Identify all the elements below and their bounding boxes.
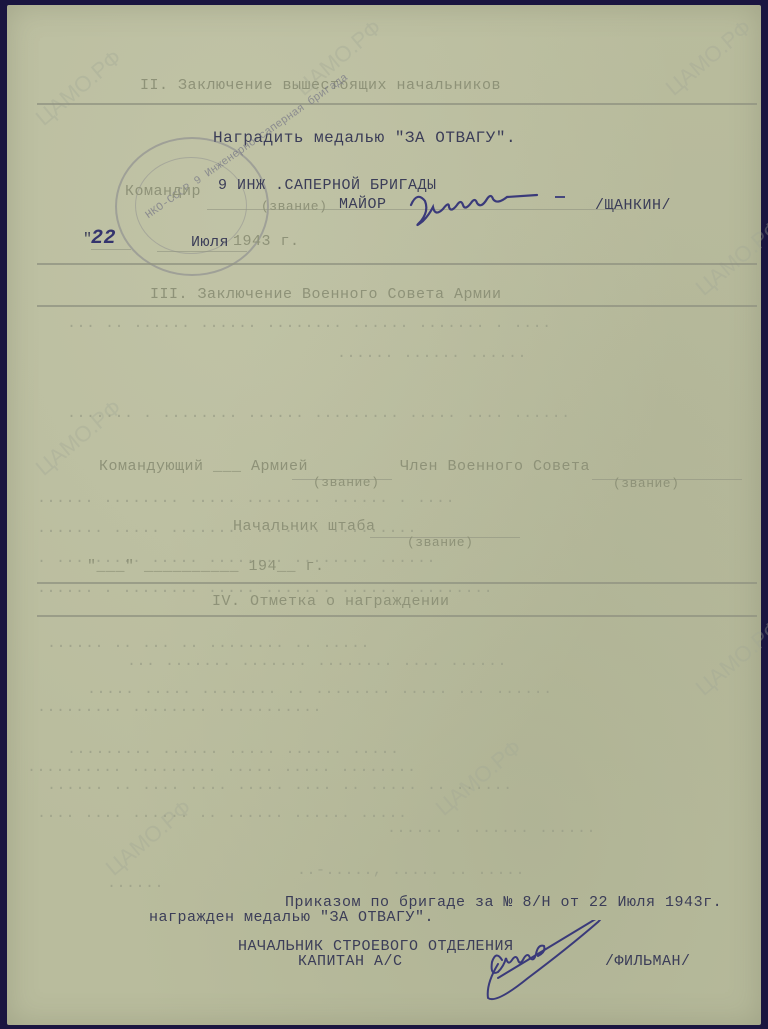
date-month-line — [157, 251, 247, 252]
watermark: ЦАМО.РФ — [661, 15, 757, 102]
handwritten-signature-shchankin — [405, 183, 585, 233]
army-commander-label: Командующий ___ Армией — [99, 458, 308, 475]
date-month: Июля — [191, 234, 229, 251]
divider — [37, 615, 757, 617]
bleed-through-line: ......... ...... ..... ...... ..... — [67, 741, 400, 758]
divider — [37, 103, 757, 105]
section-4-heading: IV. Отметка о награждении — [212, 593, 450, 610]
divider — [37, 263, 757, 265]
bleed-through-line: ...... ........ ..... ........ ...... . … — [37, 490, 455, 507]
divider — [37, 305, 757, 307]
handwritten-signature-filman — [462, 920, 622, 1010]
date-day: 22 — [91, 227, 116, 250]
position-prefix: Командир — [125, 183, 201, 200]
signatory-name: /ФИЛЬМАН/ — [605, 953, 691, 970]
bleed-through-line: ...... — [107, 875, 164, 892]
document-sheet: ЦАМО.РФ ЦАМО.РФ ЦАМО.РФ ЦАМО.РФ ЦАМО.РФ … — [7, 5, 761, 1025]
commander-rank: МАЙОР — [339, 196, 387, 213]
bleed-through-line: ....... . ........ ...... ......... ....… — [67, 405, 571, 422]
divider — [37, 582, 757, 584]
signatory-rank: КАПИТАН А/С — [298, 953, 403, 970]
bleed-through-line: ..-....., ..... .. ..... — [297, 862, 525, 879]
bleed-through-line: ...... . ...... ...... — [387, 820, 596, 837]
date-day-line — [91, 249, 131, 250]
rank-caption: (звание) — [313, 475, 379, 490]
rank-caption: (звание) — [261, 199, 327, 214]
bleed-through-line: .......... ......... ..... ..... .......… — [27, 759, 417, 776]
watermark: ЦАМО.РФ — [691, 215, 768, 302]
commander-name: /ЩАНКИН/ — [595, 197, 671, 214]
awarded-line: награжден медалью "ЗА ОТВАГУ". — [149, 909, 434, 926]
bleed-through-line: ... ....... ....... ........ .... ...... — [127, 653, 507, 670]
watermark: ЦАМО.РФ — [31, 45, 127, 132]
section-3-heading: III. Заключение Военного Совета Армии — [150, 286, 502, 303]
bleed-through-line: ..... ..... ........ .. ........ ..... .… — [87, 681, 553, 698]
bleed-through-line: ...... .. .... .... ..... .... .. ..... … — [47, 777, 513, 794]
bleed-through-line: ...... ...... ...... — [337, 345, 527, 362]
date-year: 1943 г. — [233, 233, 300, 250]
chief-of-staff-label: Начальник штаба — [233, 518, 376, 535]
bleed-through-line: ... .. ...... ...... ........ ...... ...… — [67, 315, 552, 332]
rank-caption: (звание) — [407, 535, 473, 550]
section-3-date: "___" __________ 194__ г. — [87, 558, 325, 575]
military-council-member-label: Член Военного Совета — [400, 458, 590, 475]
bleed-through-line: .... .... ...... .. ...... ...... ..... — [37, 805, 408, 822]
bleed-through-line: ...... .. ... .. ........ .. ..... — [47, 635, 370, 652]
rank-caption: (звание) — [613, 476, 679, 491]
unit-name: 9 ИНЖ .САПЕРНОЙ БРИГАДЫ — [218, 177, 437, 194]
watermark: ЦАМО.РФ — [691, 615, 768, 702]
bleed-through-line: ......... ........ ........... — [37, 699, 322, 716]
